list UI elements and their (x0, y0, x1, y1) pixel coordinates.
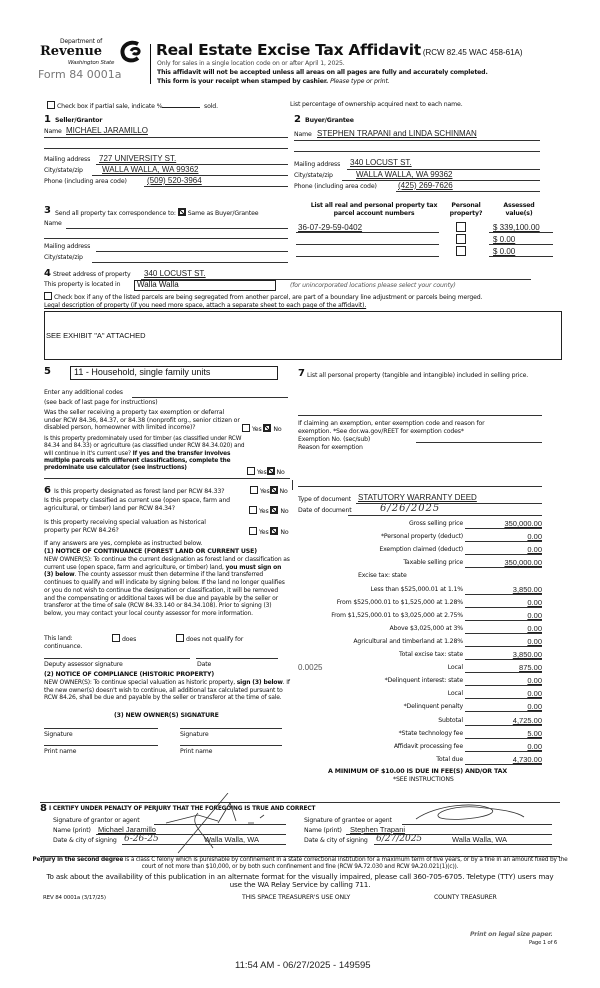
correspondence-line: Send all property tax correspondence to:… (55, 208, 258, 217)
notice2-title: (2) NOTICE OF COMPLIANCE (HISTORIC PROPE… (44, 671, 214, 678)
tax-row: From $1,525,000.01 to $3,025,000 at 2.75… (298, 610, 560, 622)
yes-label: Yes (259, 529, 269, 536)
tax-row-value[interactable]: 0.00 (527, 611, 542, 620)
exemption-reason-label: Reason for exemption (298, 444, 363, 451)
forest-q2-answer: Yes No (249, 506, 289, 515)
local-rate-value: 0.0025 (298, 663, 322, 672)
tax-row-label: Gross selling price (409, 520, 463, 527)
no-label: No (280, 529, 288, 536)
notice2-bold: sign (3) below (237, 679, 283, 686)
tax-row: Less than $525,000.01 at 1.1%3,850.00 (298, 584, 560, 596)
grantor-sig-label: Signature of grantor or agent (53, 817, 139, 824)
buyer-phone-field[interactable]: (425) 269-7626 (398, 181, 453, 190)
section-use: 5 11 - Household, single family units En… (44, 366, 294, 484)
partial-sale-pct[interactable] (162, 107, 200, 108)
header-note2: This affidavit will not be accepted unle… (157, 69, 488, 76)
section-2-num: 2 (294, 114, 301, 125)
availability-note: To ask about the availability of this pu… (45, 873, 555, 889)
tax-row: Local0.0025875.00 (298, 662, 560, 674)
q2-yes-checkbox[interactable] (247, 467, 255, 475)
signature-label: Signature (44, 731, 73, 738)
form-title: Real Estate Excise Tax Affidavit (RCW 82… (156, 41, 523, 59)
tax-row-value[interactable]: 4,725.00 (513, 716, 542, 725)
tax-row: Total excise tax: state3,850.00 (298, 649, 560, 661)
segregated-checkbox[interactable] (44, 292, 52, 300)
buyer-heading: Buyer/Grantee (305, 117, 354, 124)
forest-q3-no-checkbox[interactable] (270, 527, 278, 535)
corr-mailing-field[interactable] (96, 251, 288, 252)
corr-mailing-label: Mailing address (44, 243, 90, 250)
minimum-due-note: A MINIMUM OF $10.00 IS DUE IN FEE(S) AND… (328, 768, 507, 775)
tax-row-value[interactable]: 0.00 (527, 532, 542, 541)
yes-label: Yes (260, 488, 270, 495)
parcel-row: 36-07-29-59-0402 $ 339,100.00 (296, 222, 558, 234)
forest-q2-no-checkbox[interactable] (270, 506, 278, 514)
same-as-buyer-checkbox[interactable] (178, 208, 186, 216)
tax-row: *Personal property (deduct)0.00 (298, 531, 560, 543)
tax-row: From $525,000.01 to $1,525,000 at 1.28%0… (298, 597, 560, 609)
buyer-mailing-label: Mailing address (294, 161, 340, 168)
owner-signature-field-1[interactable] (44, 728, 158, 729)
tax-row-label: Affidavit processing fee (394, 743, 463, 750)
does-checkbox[interactable] (112, 634, 120, 642)
does-not-label: does not qualify for (186, 636, 243, 643)
county-treasurer-label: COUNTY TREASURER (434, 894, 497, 901)
tax-row-value[interactable]: 3,850.00 (513, 650, 542, 659)
assessed-value-field[interactable]: $ 0.00 (493, 235, 515, 244)
form-number: Form 84 0001a (38, 68, 121, 81)
parcel-number-field[interactable]: 36-07-29-59-0402 (298, 223, 362, 232)
tax-row-label: Total due (436, 756, 463, 763)
notice2-body: NEW OWNER(S): To continue special valuat… (44, 679, 290, 702)
doc-type-label: Type of document (298, 496, 351, 503)
grantor-name-field[interactable]: Michael Jaramillo (98, 825, 156, 834)
corr-city-label: City/state/zip (44, 254, 83, 261)
seller-phone-label: Phone (including area code) (44, 178, 127, 185)
section-buyer: 2 Buyer/Grantee Name STEPHEN TRAPANI and… (294, 114, 556, 204)
additional-codes-note: (see back of last page for instructions) (44, 399, 158, 406)
tax-row-label: Local (448, 690, 463, 697)
grantee-date-field[interactable]: 6/27/2025 (376, 834, 422, 844)
tax-row: Subtotal4,725.00 (298, 715, 560, 727)
print-name-label: Print name (180, 748, 212, 755)
tax-row-value[interactable]: 350,000.00 (504, 519, 542, 528)
perjury-note: Perjury in the second degree is a class … (30, 857, 570, 872)
does-option: does (112, 634, 136, 643)
county-select[interactable]: Walla Walla (134, 280, 276, 291)
treasurer-use-label: THIS SPACE TREASURER'S USE ONLY (242, 894, 350, 901)
yes-label: Yes (257, 469, 267, 476)
buyer-city-label: City/state/zip (294, 172, 333, 179)
personal-property-label: List all personal property (tangible and… (298, 371, 543, 381)
revenue-swirl-icon (118, 40, 144, 64)
use-code-value: 11 - Household, single family units (74, 367, 210, 377)
tax-row-value[interactable]: 0.00 (527, 545, 542, 554)
header-note1: Only for sales in a single location code… (157, 60, 345, 67)
tax-row-value[interactable]: 0.00 (527, 742, 542, 751)
use-q1: Was the seller receiving a property tax … (44, 409, 240, 432)
tax-row-label: Above $3,025,000 at 3% (390, 625, 463, 632)
tax-row-label: Local (448, 664, 463, 671)
partial-sale-checkbox[interactable] (47, 101, 55, 109)
forest-q3: Is this property receiving special valua… (44, 519, 214, 535)
deputy-date-field[interactable] (196, 658, 278, 659)
buyer-name-label: Name (294, 131, 312, 138)
tax-row-label: Total excise tax: state (399, 651, 463, 658)
tax-row: Agricultural and timberland at 1.28%0.00 (298, 636, 560, 648)
tax-row-value[interactable]: 0.00 (527, 637, 542, 646)
grantee-name-field[interactable]: Stephen Trapani (350, 825, 405, 834)
located-label: This property is located in (44, 281, 120, 288)
use-q2: Is this property predominately used for … (44, 436, 250, 472)
tax-row: Gross selling price350,000.00 (298, 518, 560, 530)
parcel-col-assessed: Assessed value(s) (492, 202, 546, 218)
seller-name-field[interactable]: MICHAEL JARAMILLO (66, 126, 148, 135)
tax-row: Local0.00 (298, 688, 560, 700)
yes-label: Yes (252, 426, 262, 433)
section-seller: 1 Seller/Grantor Name MICHAEL JARAMILLO … (44, 114, 289, 204)
section-8-num: 8 (40, 803, 47, 814)
parcel-row: $ 0.00 (296, 234, 558, 246)
additional-codes-label: Enter any additional codes (44, 389, 123, 396)
buyer-name-field[interactable]: STEPHEN TRAPANI and LINDA SCHINMAN (317, 129, 477, 138)
seller-heading: Seller/Grantor (55, 117, 102, 124)
tax-row: Above $3,025,000 at 3%0.00 (298, 623, 560, 635)
tax-row: *State technology fee5.00 (298, 728, 560, 740)
grantor-city-field[interactable]: Walla Walla, WA (204, 835, 259, 844)
grantor-date-label: Date & city of signing (53, 837, 117, 844)
forest-q2: Is this property classified as current u… (44, 497, 234, 513)
page-number: Page 1 of 6 (529, 940, 557, 946)
section-personal-property: 7 List all personal property (tangible a… (298, 368, 560, 518)
section-property: 4 Street address of property 340 LOCUST … (44, 268, 560, 360)
if-yes-note: If any answers are yes, complete as inst… (44, 540, 202, 547)
forest-q1-answer: YesNo (250, 486, 288, 495)
corr-city-field[interactable] (92, 262, 288, 263)
owner-print-field-2[interactable] (180, 745, 282, 746)
tax-row: Taxable selling price350,000.00 (298, 557, 560, 569)
see-instructions-note: *SEE INSTRUCTIONS (393, 776, 454, 783)
grantee-city-field[interactable]: Walla Walla, WA (452, 835, 507, 844)
q1-no-checkbox[interactable] (263, 424, 271, 432)
corr-name-label: Name (44, 220, 62, 227)
yes-label: Yes (259, 508, 269, 515)
forest-q1-no-checkbox[interactable] (270, 486, 278, 494)
legal-paper-note: Print on legal size paper. (470, 931, 553, 938)
tax-row-label: Exemption claimed (deduct) (379, 546, 463, 553)
tax-row-label: Less than $525,000.01 at 1.1% (371, 586, 463, 593)
corr-name-field[interactable] (66, 228, 288, 229)
grantee-name-label: Name (print) (304, 827, 342, 834)
partial-sale-label: Check box if partial sale, indicate % (57, 103, 162, 110)
tax-row-label: *State technology fee (399, 730, 463, 737)
tax-row-value[interactable]: 5.00 (527, 729, 542, 738)
tax-row-label: From $1,525,000.01 to $3,025,000 at 2.75… (331, 612, 463, 619)
assessed-value-field[interactable]: $ 0.00 (493, 247, 515, 256)
partial-sale-suffix: sold. (204, 103, 218, 110)
street-label: Street address of property (53, 271, 131, 278)
no-label: No (273, 426, 281, 433)
street-field[interactable]: 340 LOCUST ST. (144, 269, 206, 278)
no-label: No (280, 488, 288, 495)
forest-q1: Is this property designated as forest la… (54, 488, 224, 495)
seller-phone-field[interactable]: (509) 520-3964 (147, 176, 202, 185)
tax-table: Gross selling price350,000.00*Personal p… (298, 518, 560, 788)
tax-row-label: From $525,000.01 to $1,525,000 at 1.28% (337, 599, 463, 606)
exemption-note: If claiming an exemption, enter exemptio… (298, 420, 518, 436)
dept-line3: Washington State (68, 60, 114, 66)
tax-row: *Delinquent interest: state0.00 (298, 675, 560, 687)
seller-city-label: City/state/zip (44, 167, 83, 174)
personal-property-checkbox[interactable] (456, 246, 466, 256)
tax-row-value[interactable]: 0.00 (527, 598, 542, 607)
exemption-reason-field[interactable] (298, 486, 542, 487)
tax-row: Excise tax: state (298, 570, 560, 582)
personal-property-field[interactable] (298, 415, 542, 416)
grantor-name-label: Name (print) (53, 827, 91, 834)
forest-q2-yes-checkbox[interactable] (249, 506, 257, 514)
seller-city-field[interactable]: WALLA WALLA, WA 99362 (102, 165, 199, 174)
grantee-date-label: Date & city of signing (304, 837, 368, 844)
segregated-label: Check box if any of the listed parcels a… (54, 294, 482, 301)
owner-print-field-1[interactable] (44, 745, 158, 746)
tax-row-value[interactable]: 875.00 (519, 663, 542, 672)
seller-mailing-field[interactable]: 727 UNIVERSITY ST. (99, 154, 176, 163)
dor-logo: Department of Revenue Washington State F… (38, 38, 148, 84)
doc-date-field[interactable]: 6/26/2025 (380, 503, 440, 514)
section-4-num: 4 (44, 268, 51, 279)
owner-signature-field-2[interactable] (180, 728, 282, 729)
forest-q3-answer: Yes No (249, 527, 289, 536)
tax-row: Exemption claimed (deduct)0.00 (298, 544, 560, 556)
legal-description-value: SEE EXHIBIT "A" ATTACHED (46, 331, 146, 340)
continuance-label: continuance. (44, 643, 82, 650)
tax-row-label: Excise tax: state (358, 572, 407, 579)
tax-row-label: *Delinquent penalty (404, 703, 463, 710)
county-select-value: Walla Walla (137, 280, 179, 289)
section-forest: 6 Is this property designated as forest … (44, 483, 294, 783)
tax-row-label: *Delinquent interest: state (385, 677, 463, 684)
print-name-label: Print name (44, 748, 76, 755)
notice2-a: NEW OWNER(S): To continue special valuat… (44, 679, 235, 686)
use-q2-answer: YesNo (247, 467, 285, 476)
note3-text: This form is your receipt when stamped b… (157, 78, 328, 85)
tax-row-value[interactable]: 0.00 (527, 689, 542, 698)
buyer-phone-label: Phone (including area code) (294, 183, 377, 190)
exemption-no-field[interactable] (416, 442, 542, 443)
exemption-no-label: Exemption No. (sec/sub) (298, 436, 370, 443)
tax-row-label: *Personal property (deduct) (381, 533, 463, 540)
q1-yes-checkbox[interactable] (242, 424, 250, 432)
ownership-note: List percentage of ownership acquired ne… (290, 101, 463, 108)
deputy-date-label: Date (197, 661, 211, 668)
doc-type-field[interactable]: STATUTORY WARRANTY DEED (358, 493, 477, 502)
section-6-num: 6 (44, 485, 51, 496)
tax-row-label: Taxable selling price (403, 559, 463, 566)
buyer-mailing-field[interactable]: 340 LOCUST ST. (350, 158, 412, 167)
header-note3: This form is your receipt when stamped b… (157, 78, 390, 85)
doc-date-label: Date of document (298, 507, 352, 514)
tax-row: *Delinquent penalty0.00 (298, 701, 560, 713)
tax-row: Affidavit processing fee0.00 (298, 741, 560, 753)
grantor-signature (158, 793, 278, 855)
seller-mailing-label: Mailing address (44, 156, 90, 163)
legal-description-field[interactable]: SEE EXHIBIT "A" ATTACHED (44, 311, 562, 360)
tax-row-label: Agricultural and timberland at 1.28% (353, 638, 463, 645)
timestamp-stamp: 11:54 AM - 06/27/2025 - 149595 (235, 960, 371, 971)
grantor-date-field[interactable]: 6-26-25 (124, 834, 159, 844)
deputy-sig-label: Deputy assessor signature (44, 661, 123, 668)
owner-sig-title: (3) NEW OWNER(S) SIGNATURE (114, 712, 219, 719)
tax-row-label: Subtotal (438, 717, 463, 724)
rev-label: REV 84 0001a (3/17/25) (43, 895, 106, 901)
use-q1-answer: Yes No (242, 424, 282, 433)
correspondence-label: Send all property tax correspondence to: (55, 210, 176, 217)
parcel-col-number: List all real and personal property tax … (304, 202, 444, 218)
section-correspondence: 3 Send all property tax correspondence t… (44, 205, 289, 263)
section-1-num: 1 (44, 114, 51, 125)
partial-sale: Check box if partial sale, indicate % so… (47, 101, 218, 110)
tax-row-value[interactable]: 0.00 (527, 676, 542, 685)
notice1-b: . The county assessor must then determin… (44, 571, 285, 617)
q2-no-checkbox[interactable] (267, 467, 275, 475)
notice1-body: NEW OWNER(S): To continue the current de… (44, 556, 290, 618)
tax-row-value[interactable]: 0.00 (527, 624, 542, 633)
personal-property-checkbox[interactable] (456, 222, 466, 232)
note3-italic: Please type or print. (330, 78, 390, 85)
dept-line2: Revenue (40, 44, 102, 59)
does-label: does (122, 636, 136, 643)
notice1-title: (1) NOTICE OF CONTINUANCE (FOREST LAND O… (44, 548, 257, 555)
section-certify: 8 I CERTIFY UNDER PENALTY OF PERJURY THA… (40, 803, 560, 853)
located-note: (for unincorporated locations please sel… (290, 282, 456, 289)
grantee-signature (406, 797, 526, 827)
section-5-num: 5 (44, 366, 51, 377)
section-3-num: 3 (44, 205, 51, 216)
parcel-table: List all real and personal property tax … (296, 202, 558, 264)
same-as-buyer-label: Same as Buyer/Grantee (188, 210, 259, 217)
tax-row-value[interactable]: 0.00 (527, 702, 542, 711)
signature-label: Signature (180, 731, 209, 738)
legal-label: Legal description of property (if you ne… (44, 302, 366, 309)
grantee-sig-label: Signature of grantee or agent (304, 817, 392, 824)
segregated-line: Check box if any of the listed parcels a… (44, 292, 482, 301)
seller-name-label: Name (44, 128, 62, 135)
header-divider (150, 44, 151, 84)
tax-row-value[interactable]: 350,000.00 (504, 558, 542, 567)
perjury-bold: Perjury in the second degree (32, 857, 123, 863)
buyer-city-field[interactable]: WALLA WALLA, WA 99362 (356, 170, 453, 179)
parcel-col-personal: Personal property? (448, 202, 484, 218)
assessed-value-field[interactable]: $ 339,100.00 (493, 223, 540, 232)
forest-q3-yes-checkbox[interactable] (249, 527, 257, 535)
personal-property-checkbox[interactable] (456, 234, 466, 244)
does-not-checkbox[interactable] (176, 634, 184, 642)
no-label: No (277, 469, 285, 476)
title-ref: (RCW 82.45 WAC 458-61A) (423, 48, 523, 57)
does-not-option: does not qualify for (176, 634, 243, 643)
parcel-row: $ 0.00 (296, 246, 558, 258)
tax-row-value[interactable]: 4,730.00 (513, 755, 542, 764)
deputy-signature-field[interactable] (44, 658, 190, 659)
this-land-label: This land: (44, 635, 73, 642)
perjury-text: is a class C felony which is punishable … (125, 857, 568, 870)
no-label: No (280, 508, 288, 515)
use-code-select[interactable]: 11 - Household, single family units (70, 366, 278, 380)
additional-codes-field[interactable] (132, 397, 288, 398)
column-divider (292, 480, 293, 490)
forest-q1-yes-checkbox[interactable] (250, 486, 258, 494)
tax-row-value[interactable]: 3,850.00 (513, 585, 542, 594)
tax-row: Total due4,730.00 (298, 754, 560, 766)
title-text: Real Estate Excise Tax Affidavit (156, 41, 421, 59)
